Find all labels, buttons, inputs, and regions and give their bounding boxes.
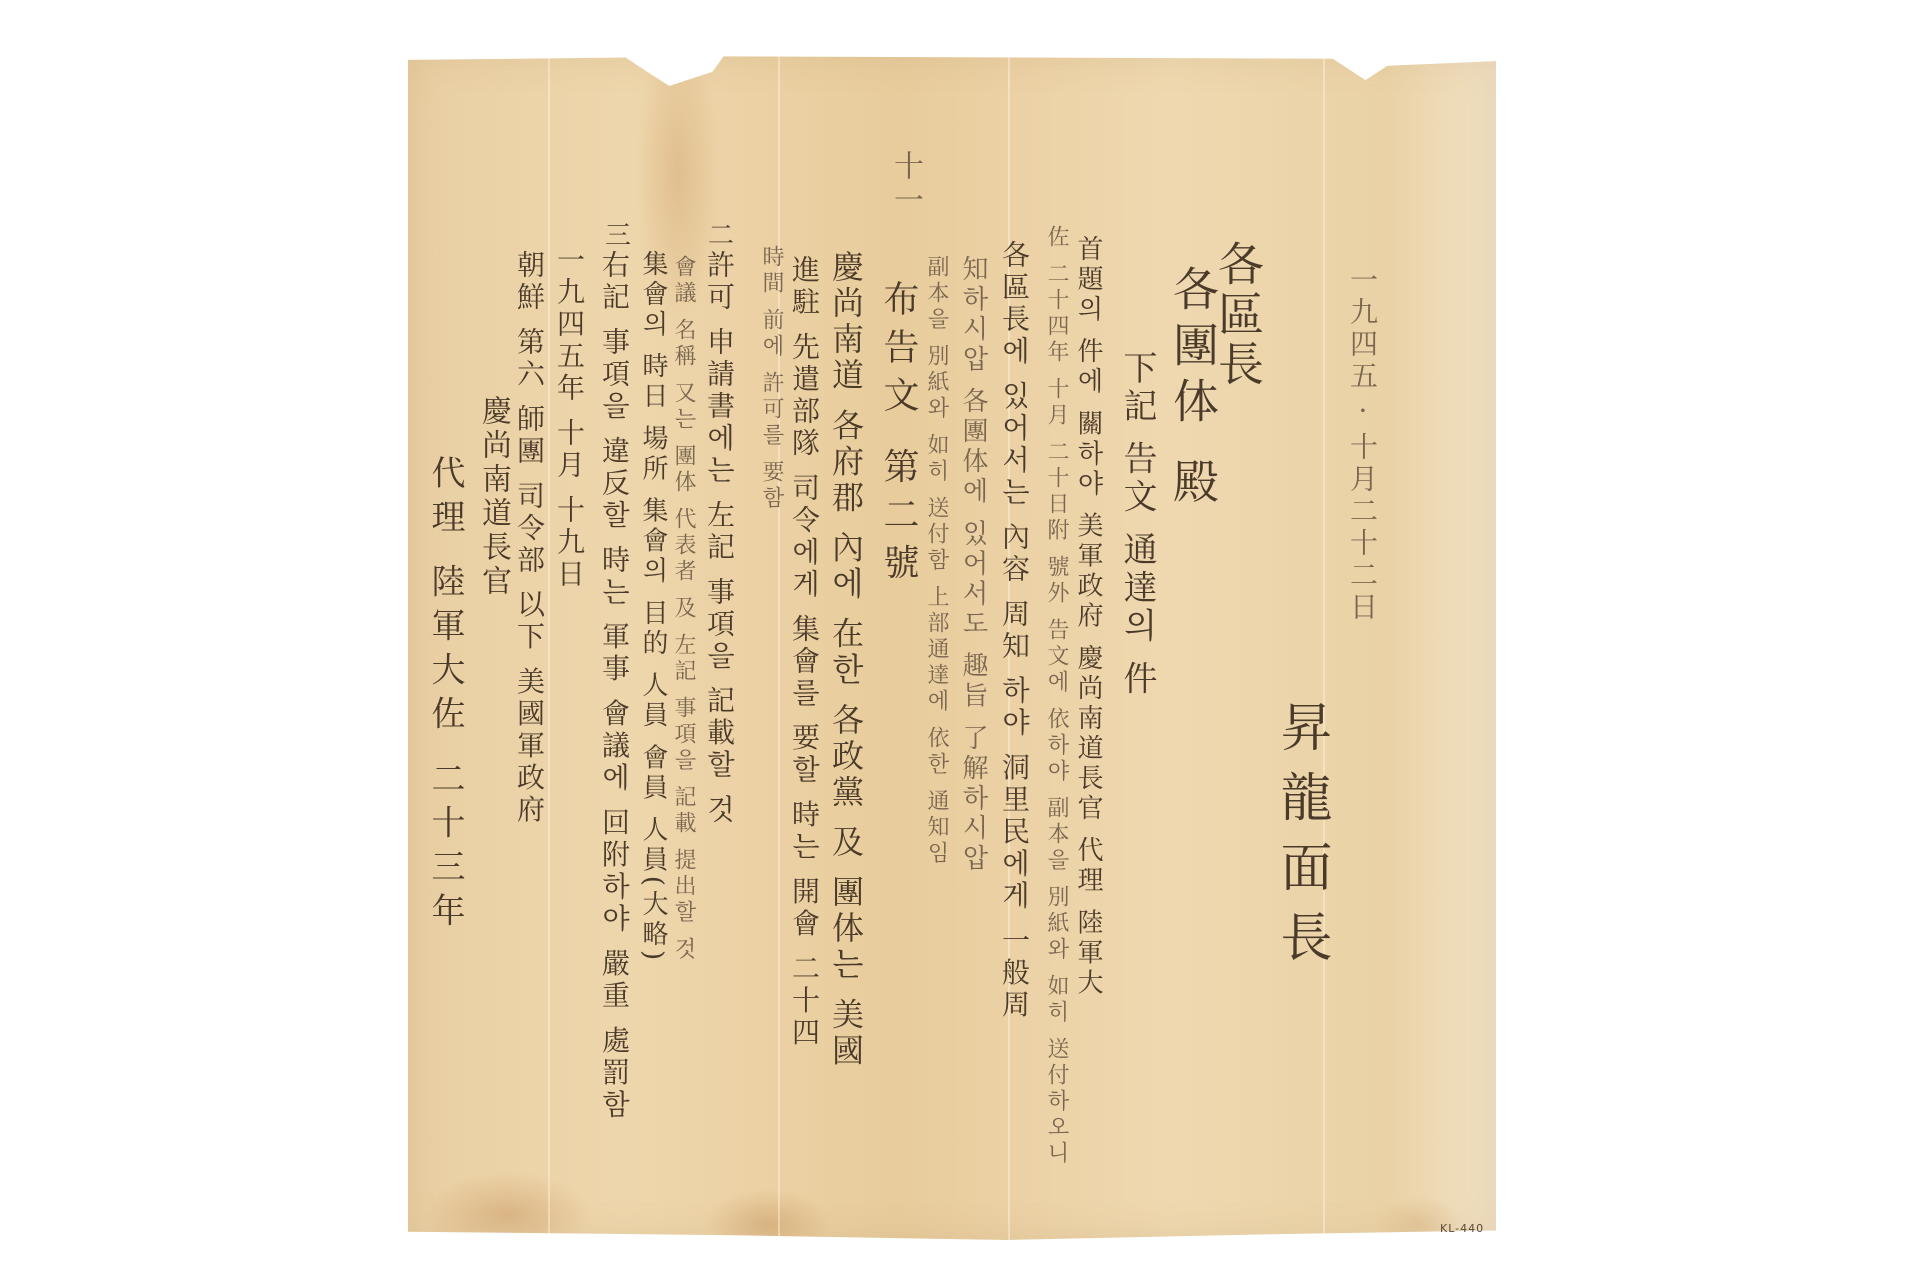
recipient-line-2: 各團体 殿 [1170,265,1216,514]
body-column: 副本을 別紙와 如히 送付함 上部通達에 依한 通知임 [925,255,947,867]
body-column: 下記 告文 通達의 件 [1120,350,1154,698]
section-one-line: 進駐 先遣部隊 司令에게 集會를 要할 時는 開會 二十四 [790,255,818,1049]
section-one-line: 時間 前에 許可를 要함 [760,245,782,512]
body-column: 首題의 件에 關하야 美軍政府 慶尚南道長官 代理 陸軍大 [1075,235,1101,999]
section-two-line: 會議 名稱 又는 團体 代表者 及 左記 事項을 記載 提出할 것 [672,255,694,963]
section-three-line: 右記 事項을 違反할 時는 軍事 會議에 回附하야 嚴重 處罰함 [600,250,628,1121]
paper-crease [1323,54,1325,1240]
section-three-number: 三 [605,215,631,252]
section-one-line: 慶尚南道 各府郡 內에 在한 各政黨 及 團体는 美國 [830,250,862,1069]
body-column: 佐 二十四年 十月 二十日附 號外 告文에 依하야 副本을 別紙와 如히 送付하… [1045,225,1067,1167]
closing-org: 朝鮮 第六 師團 司令部 以下 美國軍政府 [515,250,543,827]
recipient-line-1: 各區長 [1215,240,1261,390]
closing-date: 一九四五年 十月 十九日 [555,245,583,591]
margin-mark: 十一 [890,150,920,218]
paper-crease [778,54,780,1240]
section-two-number: 二 [708,215,734,252]
archive-mark: KL-440 [1440,1222,1484,1235]
section-heading: 布告文 第二號 [880,280,916,591]
body-column: 各區長에 있어서는 內容 周知 하야 洞里民에게 一般周 [1000,240,1028,1021]
paper-crease [548,54,550,1240]
closing-signature: 代理 陸軍大佐 二十三年 [428,455,462,937]
section-two-line: 許可 申請書에는 左記 事項을 記載할 것 [705,250,733,827]
closing-title: 慶尚南道長官 [478,395,508,599]
sender-signature: 昇龍面長 [1275,700,1327,980]
date-line: 一九四五 · 十月二十二日 [1348,265,1376,785]
body-column: 知하시압 各團体에 있어서도 趣旨 了解하시압 [960,255,986,874]
document-paper [408,54,1496,1240]
section-two-line: 集會의 時日 場所 集會의 目的 人員 會員 人員(大略) [640,250,666,964]
